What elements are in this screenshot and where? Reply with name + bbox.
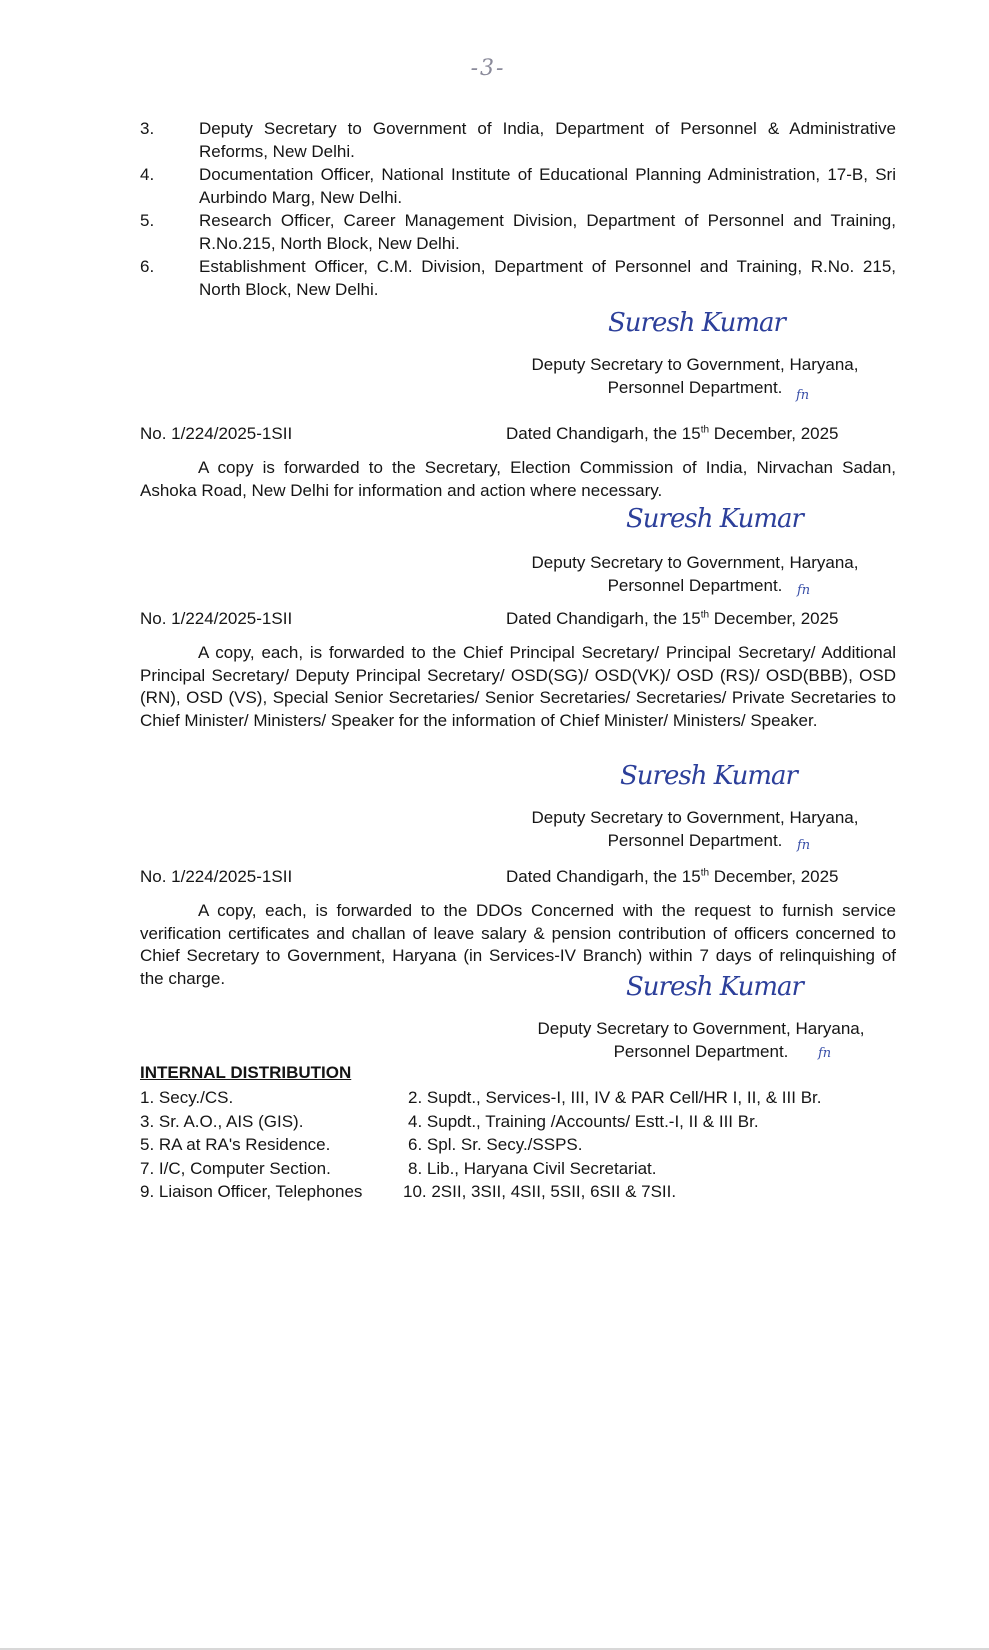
- initials: fn: [796, 388, 809, 403]
- signature: Suresh Kumar: [608, 308, 785, 338]
- distribution-item: 4. Supdt., Training /Accounts/ Estt.-I, …: [408, 1110, 759, 1134]
- item-text: Deputy Secretary to Government of India,…: [199, 118, 896, 163]
- item-text: Establishment Officer, C.M. Division, De…: [199, 256, 896, 301]
- initials: fn: [818, 1046, 831, 1061]
- page-number: -3-: [458, 56, 518, 81]
- signature: Suresh Kumar: [626, 504, 803, 534]
- distribution-item: 1. Secy./CS.: [140, 1086, 408, 1110]
- designation-line1: Deputy Secretary to Government, Haryana,: [500, 551, 890, 574]
- list-item: 1. Secy./CS. 2. Supdt., Services-I, III,…: [140, 1086, 821, 1110]
- date-line: Dated Chandigarh, the 15th December, 202…: [506, 423, 839, 445]
- designation-line1: Deputy Secretary to Government, Haryana,: [506, 1017, 896, 1040]
- initials: fn: [797, 583, 810, 598]
- list-item: 6. Establishment Officer, C.M. Division,…: [140, 256, 896, 301]
- list-item: 3. Deputy Secretary to Government of Ind…: [140, 118, 896, 163]
- endorsement-text: A copy, each, is forwarded to the Chief …: [140, 642, 896, 732]
- date-line: Dated Chandigarh, the 15th December, 202…: [506, 608, 839, 630]
- list-item: 5. RA at RA's Residence. 6. Spl. Sr. Sec…: [140, 1133, 821, 1157]
- item-text: Documentation Officer, National Institut…: [199, 164, 896, 209]
- designation-line2: Personnel Department.: [506, 1040, 896, 1063]
- signature-block: Deputy Secretary to Government, Haryana,…: [500, 353, 890, 399]
- designation-line2: Personnel Department.: [500, 829, 890, 852]
- designation-line1: Deputy Secretary to Government, Haryana,: [500, 806, 890, 829]
- recipient-list: 3. Deputy Secretary to Government of Ind…: [140, 118, 896, 302]
- list-item: 9. Liaison Officer, Telephones 10. 2SII,…: [140, 1180, 821, 1204]
- distribution-item: 3. Sr. A.O., AIS (GIS).: [140, 1110, 408, 1134]
- designation-line1: Deputy Secretary to Government, Haryana,: [500, 353, 890, 376]
- item-number: 5.: [140, 210, 199, 255]
- initials: fn: [797, 838, 810, 853]
- endorsement-text: A copy is forwarded to the Secretary, El…: [140, 457, 896, 502]
- reference-number: No. 1/224/2025-1SII: [140, 608, 292, 630]
- distribution-item: 7. I/C, Computer Section.: [140, 1157, 408, 1181]
- internal-distribution-list: 1. Secy./CS. 2. Supdt., Services-I, III,…: [140, 1086, 821, 1204]
- distribution-item: 2. Supdt., Services-I, III, IV & PAR Cel…: [408, 1086, 821, 1110]
- item-number: 6.: [140, 256, 199, 301]
- distribution-item: 5. RA at RA's Residence.: [140, 1133, 408, 1157]
- item-number: 4.: [140, 164, 199, 209]
- reference-number: No. 1/224/2025-1SII: [140, 866, 292, 888]
- signature-block: Deputy Secretary to Government, Haryana,…: [506, 1017, 896, 1063]
- signature: Suresh Kumar: [626, 972, 803, 1002]
- designation-line2: Personnel Department.: [500, 574, 890, 597]
- list-item: 3. Sr. A.O., AIS (GIS). 4. Supdt., Train…: [140, 1110, 821, 1134]
- list-item: 7. I/C, Computer Section. 8. Lib., Harya…: [140, 1157, 821, 1181]
- date-line: Dated Chandigarh, the 15th December, 202…: [506, 866, 839, 888]
- distribution-item: 10. 2SII, 3SII, 4SII, 5SII, 6SII & 7SII.: [403, 1180, 676, 1204]
- item-text: Research Officer, Career Management Divi…: [199, 210, 896, 255]
- signature: Suresh Kumar: [620, 761, 797, 791]
- distribution-item: 6. Spl. Sr. Secy./SSPS.: [408, 1133, 582, 1157]
- reference-number: No. 1/224/2025-1SII: [140, 423, 292, 445]
- item-number: 3.: [140, 118, 199, 163]
- internal-distribution-title: INTERNAL DISTRIBUTION: [140, 1062, 351, 1084]
- distribution-item: 9. Liaison Officer, Telephones: [140, 1180, 403, 1204]
- signature-block: Deputy Secretary to Government, Haryana,…: [500, 806, 890, 852]
- signature-block: Deputy Secretary to Government, Haryana,…: [500, 551, 890, 597]
- list-item: 4. Documentation Officer, National Insti…: [140, 164, 896, 209]
- list-item: 5. Research Officer, Career Management D…: [140, 210, 896, 255]
- designation-line2: Personnel Department.: [500, 376, 890, 399]
- distribution-item: 8. Lib., Haryana Civil Secretariat.: [408, 1157, 657, 1181]
